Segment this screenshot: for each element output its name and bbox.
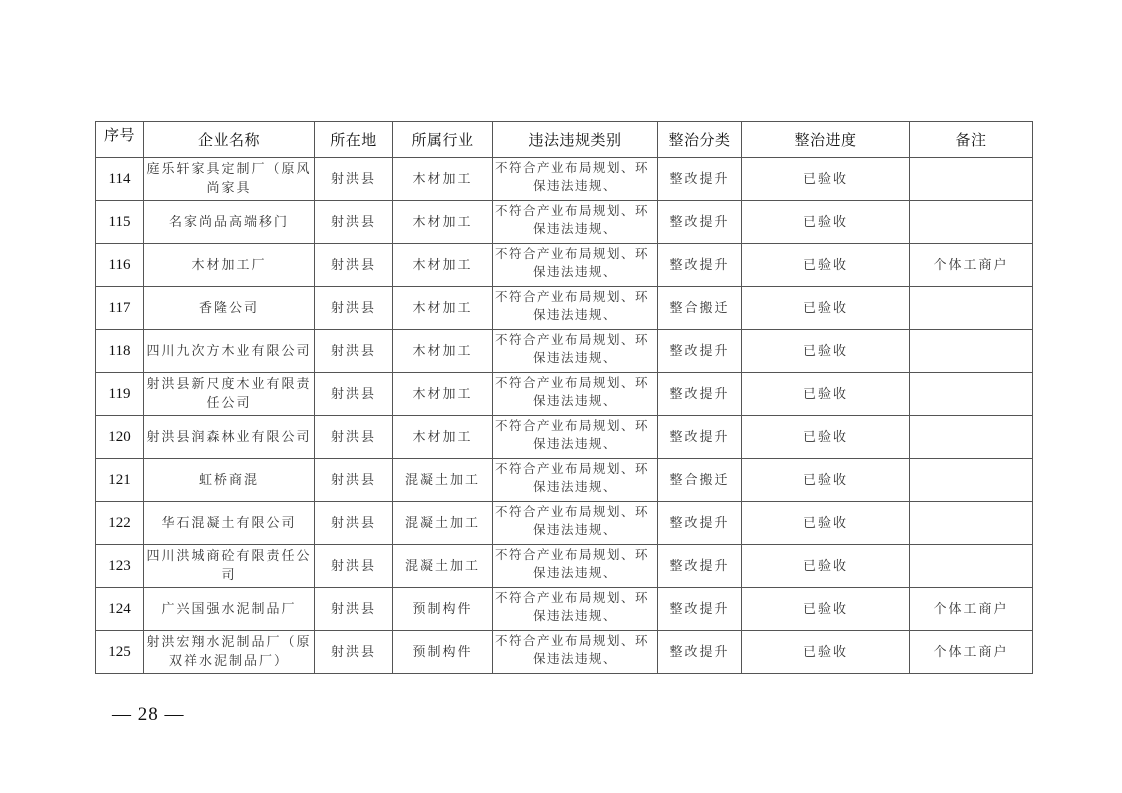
cell-rectification-progress: 已验收 — [742, 502, 910, 545]
header-violation-type: 违法违规类别 — [493, 122, 658, 158]
cell-industry: 木材加工 — [393, 244, 493, 287]
cell-industry: 木材加工 — [393, 287, 493, 330]
violation-line-1: 不符合产业布局规划、环 — [493, 503, 657, 521]
cell-industry: 混凝土加工 — [393, 502, 493, 545]
cell-enterprise-name: 射洪宏翔水泥制品厂（原双祥水泥制品厂） — [144, 631, 315, 674]
violation-line-1: 不符合产业布局规划、环 — [493, 202, 657, 220]
table-row: 118四川九次方木业有限公司射洪县木材加工不符合产业布局规划、环保违法违规、整改… — [96, 330, 1033, 373]
cell-violation-type: 不符合产业布局规划、环保违法违规、 — [493, 588, 658, 631]
cell-violation-type: 不符合产业布局规划、环保违法违规、 — [493, 502, 658, 545]
header-enterprise-name: 企业名称 — [144, 122, 315, 158]
cell-rectification-progress: 已验收 — [742, 459, 910, 502]
cell-seq: 119 — [96, 373, 144, 416]
cell-violation-type: 不符合产业布局规划、环保违法违规、 — [493, 373, 658, 416]
cell-rectification-progress: 已验收 — [742, 330, 910, 373]
cell-remark — [910, 330, 1033, 373]
cell-location: 射洪县 — [315, 330, 393, 373]
cell-seq: 123 — [96, 545, 144, 588]
cell-industry: 预制构件 — [393, 631, 493, 674]
cell-rectification-category: 整改提升 — [658, 502, 742, 545]
cell-enterprise-name: 名家尚品高端移门 — [144, 201, 315, 244]
cell-rectification-category: 整改提升 — [658, 330, 742, 373]
cell-industry: 木材加工 — [393, 416, 493, 459]
cell-violation-type: 不符合产业布局规划、环保违法违规、 — [493, 244, 658, 287]
cell-rectification-category: 整改提升 — [658, 244, 742, 287]
violation-line-1: 不符合产业布局规划、环 — [493, 460, 657, 478]
cell-rectification-category: 整合搬迁 — [658, 287, 742, 330]
cell-remark — [910, 287, 1033, 330]
cell-rectification-progress: 已验收 — [742, 631, 910, 674]
header-rectification-category: 整治分类 — [658, 122, 742, 158]
cell-remark — [910, 373, 1033, 416]
cell-industry: 混凝土加工 — [393, 545, 493, 588]
cell-industry: 木材加工 — [393, 330, 493, 373]
table-row: 124广兴国强水泥制品厂射洪县预制构件不符合产业布局规划、环保违法违规、整改提升… — [96, 588, 1033, 631]
cell-violation-type: 不符合产业布局规划、环保违法违规、 — [493, 545, 658, 588]
cell-remark — [910, 502, 1033, 545]
header-industry: 所属行业 — [393, 122, 493, 158]
cell-location: 射洪县 — [315, 545, 393, 588]
cell-seq: 117 — [96, 287, 144, 330]
table-row: 123四川洪城商砼有限责任公司射洪县混凝土加工不符合产业布局规划、环保违法违规、… — [96, 545, 1033, 588]
cell-rectification-progress: 已验收 — [742, 244, 910, 287]
cell-seq: 115 — [96, 201, 144, 244]
cell-rectification-progress: 已验收 — [742, 545, 910, 588]
cell-seq: 125 — [96, 631, 144, 674]
cell-remark — [910, 459, 1033, 502]
header-seq: 序号 — [96, 122, 144, 158]
header-location: 所在地 — [315, 122, 393, 158]
violation-line-2: 保违法违规、 — [493, 607, 657, 625]
cell-enterprise-name: 香隆公司 — [144, 287, 315, 330]
violation-line-2: 保违法违规、 — [493, 177, 657, 195]
cell-industry: 木材加工 — [393, 373, 493, 416]
table-row: 122华石混凝土有限公司射洪县混凝土加工不符合产业布局规划、环保违法违规、整改提… — [96, 502, 1033, 545]
cell-seq: 116 — [96, 244, 144, 287]
cell-location: 射洪县 — [315, 416, 393, 459]
cell-enterprise-name: 木材加工厂 — [144, 244, 315, 287]
violation-line-1: 不符合产业布局规划、环 — [493, 159, 657, 177]
cell-location: 射洪县 — [315, 588, 393, 631]
cell-seq: 114 — [96, 158, 144, 201]
table-row: 116木材加工厂射洪县木材加工不符合产业布局规划、环保违法违规、整改提升已验收个… — [96, 244, 1033, 287]
violation-line-1: 不符合产业布局规划、环 — [493, 589, 657, 607]
table-row: 114庭乐轩家具定制厂（原风尚家具射洪县木材加工不符合产业布局规划、环保违法违规… — [96, 158, 1033, 201]
cell-enterprise-name: 射洪县新尺度木业有限责任公司 — [144, 373, 315, 416]
cell-violation-type: 不符合产业布局规划、环保违法违规、 — [493, 330, 658, 373]
cell-rectification-category: 整改提升 — [658, 416, 742, 459]
cell-enterprise-name: 庭乐轩家具定制厂（原风尚家具 — [144, 158, 315, 201]
cell-seq: 120 — [96, 416, 144, 459]
violation-line-2: 保违法违规、 — [493, 220, 657, 238]
cell-rectification-category: 整合搬迁 — [658, 459, 742, 502]
cell-remark — [910, 158, 1033, 201]
cell-violation-type: 不符合产业布局规划、环保违法违规、 — [493, 459, 658, 502]
cell-enterprise-name: 四川九次方木业有限公司 — [144, 330, 315, 373]
violation-line-2: 保违法违规、 — [493, 392, 657, 410]
cell-location: 射洪县 — [315, 459, 393, 502]
cell-seq: 124 — [96, 588, 144, 631]
violation-line-2: 保违法违规、 — [493, 435, 657, 453]
header-remark: 备注 — [910, 122, 1033, 158]
cell-location: 射洪县 — [315, 373, 393, 416]
cell-industry: 混凝土加工 — [393, 459, 493, 502]
cell-rectification-category: 整改提升 — [658, 545, 742, 588]
cell-rectification-progress: 已验收 — [742, 373, 910, 416]
table-row: 117香隆公司射洪县木材加工不符合产业布局规划、环保违法违规、整合搬迁已验收 — [96, 287, 1033, 330]
cell-location: 射洪县 — [315, 631, 393, 674]
table-row: 119射洪县新尺度木业有限责任公司射洪县木材加工不符合产业布局规划、环保违法违规… — [96, 373, 1033, 416]
table-row: 121虹桥商混射洪县混凝土加工不符合产业布局规划、环保违法违规、整合搬迁已验收 — [96, 459, 1033, 502]
cell-remark — [910, 545, 1033, 588]
cell-rectification-category: 整改提升 — [658, 201, 742, 244]
cell-violation-type: 不符合产业布局规划、环保违法违规、 — [493, 631, 658, 674]
cell-violation-type: 不符合产业布局规划、环保违法违规、 — [493, 416, 658, 459]
violation-line-1: 不符合产业布局规划、环 — [493, 245, 657, 263]
cell-location: 射洪县 — [315, 158, 393, 201]
cell-enterprise-name: 广兴国强水泥制品厂 — [144, 588, 315, 631]
violation-line-1: 不符合产业布局规划、环 — [493, 546, 657, 564]
cell-location: 射洪县 — [315, 244, 393, 287]
violation-line-2: 保违法违规、 — [493, 564, 657, 582]
cell-violation-type: 不符合产业布局规划、环保违法违规、 — [493, 287, 658, 330]
cell-rectification-progress: 已验收 — [742, 416, 910, 459]
enterprise-rectification-table: 序号 企业名称 所在地 所属行业 违法违规类别 整治分类 整治进度 备注 114… — [95, 121, 1033, 674]
table-row: 120射洪县润森林业有限公司射洪县木材加工不符合产业布局规划、环保违法违规、整改… — [96, 416, 1033, 459]
cell-enterprise-name: 射洪县润森林业有限公司 — [144, 416, 315, 459]
violation-line-2: 保违法违规、 — [493, 263, 657, 281]
cell-remark: 个体工商户 — [910, 244, 1033, 287]
page-number: — 28 — — [112, 704, 185, 726]
violation-line-2: 保违法违规、 — [493, 521, 657, 539]
cell-location: 射洪县 — [315, 287, 393, 330]
cell-location: 射洪县 — [315, 502, 393, 545]
violation-line-1: 不符合产业布局规划、环 — [493, 288, 657, 306]
violation-line-2: 保违法违规、 — [493, 349, 657, 367]
cell-remark — [910, 416, 1033, 459]
cell-seq: 118 — [96, 330, 144, 373]
cell-seq: 122 — [96, 502, 144, 545]
cell-remark: 个体工商户 — [910, 631, 1033, 674]
violation-line-2: 保违法违规、 — [493, 306, 657, 324]
cell-remark — [910, 201, 1033, 244]
cell-enterprise-name: 华石混凝土有限公司 — [144, 502, 315, 545]
cell-remark: 个体工商户 — [910, 588, 1033, 631]
table-body: 114庭乐轩家具定制厂（原风尚家具射洪县木材加工不符合产业布局规划、环保违法违规… — [96, 158, 1033, 674]
cell-rectification-category: 整改提升 — [658, 373, 742, 416]
table-row: 115名家尚品高端移门射洪县木材加工不符合产业布局规划、环保违法违规、整改提升已… — [96, 201, 1033, 244]
violation-line-2: 保违法违规、 — [493, 478, 657, 496]
cell-industry: 预制构件 — [393, 588, 493, 631]
violation-line-1: 不符合产业布局规划、环 — [493, 632, 657, 650]
violation-line-1: 不符合产业布局规划、环 — [493, 374, 657, 392]
cell-location: 射洪县 — [315, 201, 393, 244]
cell-violation-type: 不符合产业布局规划、环保违法违规、 — [493, 158, 658, 201]
violation-line-2: 保违法违规、 — [493, 650, 657, 668]
cell-industry: 木材加工 — [393, 158, 493, 201]
cell-violation-type: 不符合产业布局规划、环保违法违规、 — [493, 201, 658, 244]
table-row: 125射洪宏翔水泥制品厂（原双祥水泥制品厂）射洪县预制构件不符合产业布局规划、环… — [96, 631, 1033, 674]
cell-rectification-progress: 已验收 — [742, 588, 910, 631]
cell-rectification-category: 整改提升 — [658, 631, 742, 674]
cell-rectification-category: 整改提升 — [658, 588, 742, 631]
violation-line-1: 不符合产业布局规划、环 — [493, 417, 657, 435]
violation-line-1: 不符合产业布局规划、环 — [493, 331, 657, 349]
cell-rectification-category: 整改提升 — [658, 158, 742, 201]
table-header-row: 序号 企业名称 所在地 所属行业 违法违规类别 整治分类 整治进度 备注 — [96, 122, 1033, 158]
cell-enterprise-name: 虹桥商混 — [144, 459, 315, 502]
cell-rectification-progress: 已验收 — [742, 158, 910, 201]
cell-seq: 121 — [96, 459, 144, 502]
cell-rectification-progress: 已验收 — [742, 201, 910, 244]
header-rectification-progress: 整治进度 — [742, 122, 910, 158]
cell-rectification-progress: 已验收 — [742, 287, 910, 330]
cell-industry: 木材加工 — [393, 201, 493, 244]
cell-enterprise-name: 四川洪城商砼有限责任公司 — [144, 545, 315, 588]
